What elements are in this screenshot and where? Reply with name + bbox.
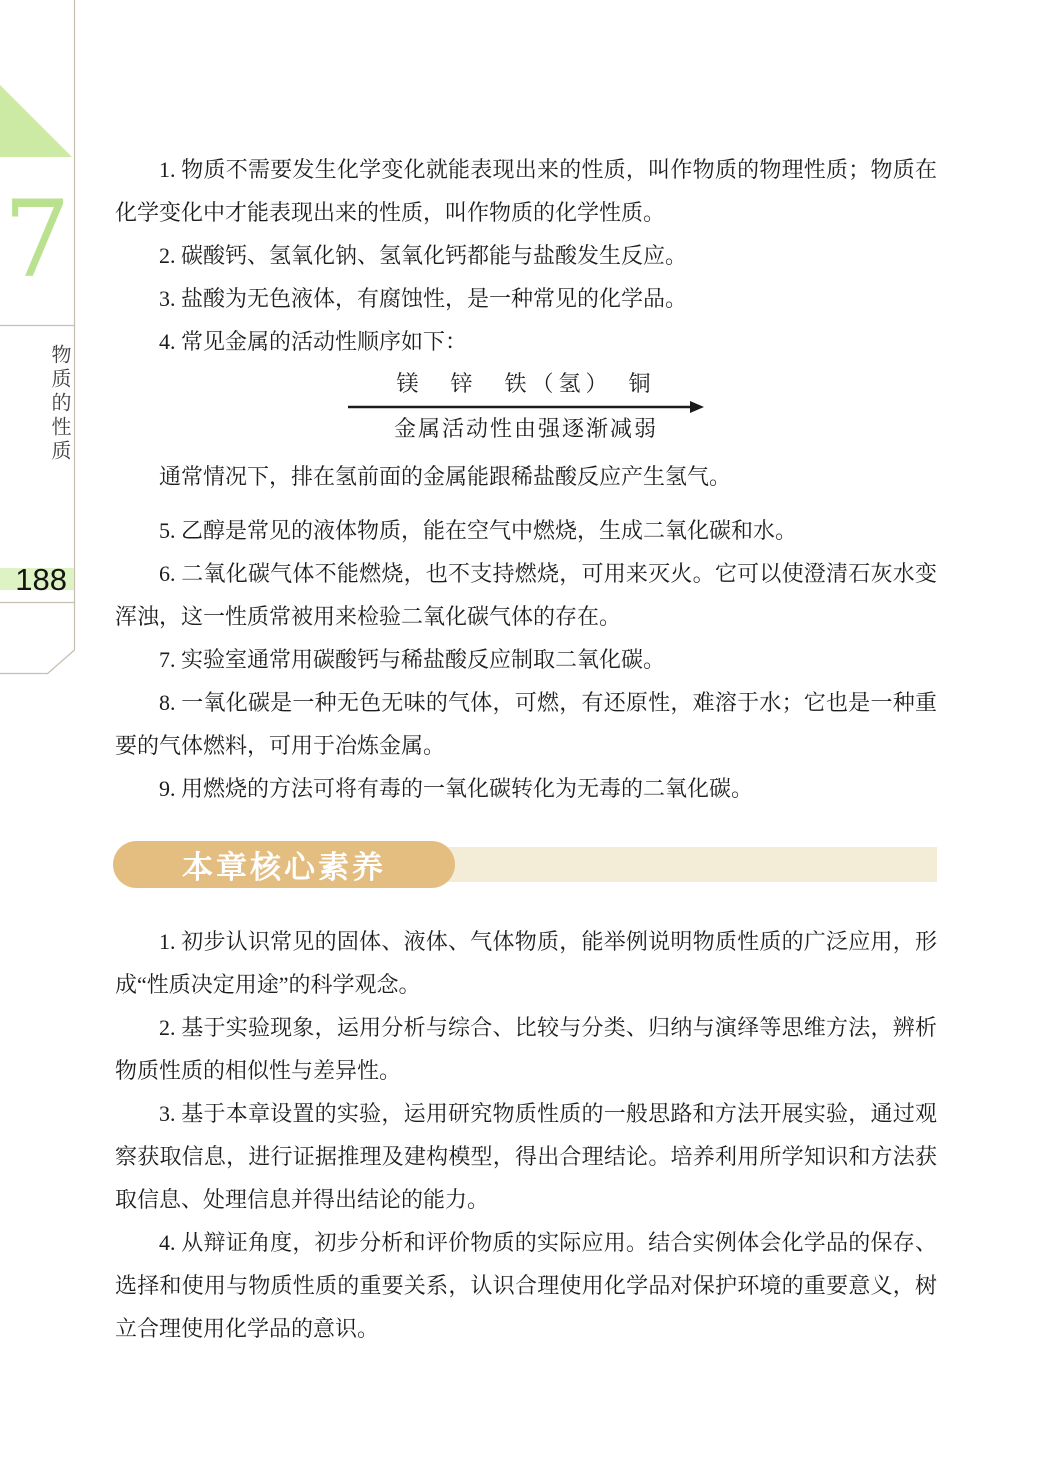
core-literacy-item: 2. 基于实验现象，运用分析与综合、比较与分类、归纳与演绎等思维方法，辨析物质性… bbox=[115, 1006, 937, 1092]
summary-item: 7. 实验室通常用碳酸钙与稀盐酸反应制取二氧化碳。 bbox=[115, 638, 937, 681]
core-literacy-item: 4. 从辩证角度，初步分析和评价物质的实际应用。结合实例体会化学品的保存、选择和… bbox=[115, 1221, 937, 1350]
right-arrow-icon bbox=[341, 399, 711, 413]
summary-item: 8. 一氧化碳是一种无色无味的气体，可燃，有还原性，难溶于水；它也是一种重要的气… bbox=[115, 681, 937, 767]
section-heading-pill: 本章核心素养 bbox=[113, 841, 455, 888]
summary-item: 5. 乙醇是常见的液体物质，能在空气中燃烧，生成二氧化碳和水。 bbox=[115, 509, 937, 552]
metal-activity-sequence: 镁 锌 铁（氢） 铜 bbox=[341, 369, 711, 399]
section-heading: 本章核心素养 bbox=[113, 841, 937, 888]
metal-activity-caption: 金属活动性由强逐渐减弱 bbox=[341, 413, 711, 445]
section-title: 本章核心素养 bbox=[182, 842, 386, 887]
main-content: 1. 物质不需要发生化学变化就能表现出来的性质，叫作物质的物理性质；物质在化学变… bbox=[115, 148, 937, 1350]
summary-item: 6. 二氧化碳气体不能燃烧，也不支持燃烧，可用来灭火。它可以使澄清石灰水变浑浊，… bbox=[115, 552, 937, 638]
summary-item: 9. 用燃烧的方法可将有毒的一氧化碳转化为无毒的二氧化碳。 bbox=[115, 767, 937, 810]
core-literacy-item: 1. 初步认识常见的固体、液体、气体物质，能举例说明物质性质的广泛应用，形成“性… bbox=[115, 920, 937, 1006]
summary-item: 1. 物质不需要发生化学变化就能表现出来的性质，叫作物质的物理性质；物质在化学变… bbox=[115, 148, 937, 234]
chapter-title-vertical: 物质的性质 bbox=[0, 334, 74, 474]
page-number: 188 bbox=[0, 562, 67, 598]
summary-item: 3. 盐酸为无色液体，有腐蚀性，是一种常见的化学品。 bbox=[115, 277, 937, 320]
core-literacy-item: 3. 基于本章设置的实验，运用研究物质性质的一般思路和方法开展实验，通过观察获取… bbox=[115, 1092, 937, 1221]
summary-item: 4. 常见金属的活动性顺序如下： bbox=[115, 320, 937, 363]
textbook-page: 7 物质的性质 188 1. 物质不需要发生化学变化就能表现出来的性质，叫作物质… bbox=[0, 0, 1048, 1474]
metal-activity-series-diagram: 镁 锌 铁（氢） 铜 金属活动性由强逐渐减弱 bbox=[341, 369, 711, 445]
chapter-number: 7 bbox=[0, 176, 74, 303]
summary-note: 通常情况下，排在氢前面的金属能跟稀盐酸反应产生氢气。 bbox=[115, 455, 937, 498]
summary-item: 2. 碳酸钙、氢氧化钠、氢氧化钙都能与盐酸发生反应。 bbox=[115, 234, 937, 277]
